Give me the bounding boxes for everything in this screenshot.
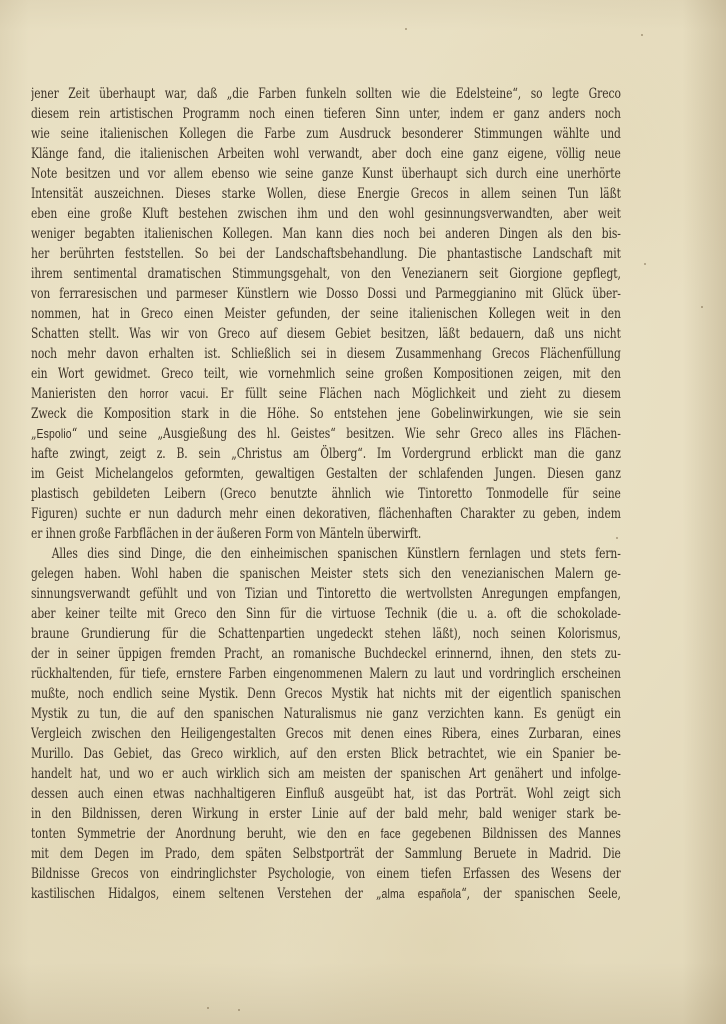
text-line: mit dem Degen im Prado, dem späten Selbs… [31,844,621,864]
paper-speck [238,1009,240,1011]
paper-speck [641,34,643,36]
text-line: her berührten feststellen. So bei der La… [31,244,621,264]
text-line: gelegen haben. Wohl haben die spanischen… [31,564,621,584]
text-line: „Espolio“ und seine „Ausgießung des hl. … [31,424,621,444]
antiqua-phrase: Espolio [36,426,71,441]
text-line: ein Wort gewidmet. Greco teilt, wie vorn… [31,364,621,384]
antiqua-phrase: alma española [382,886,462,901]
text-line: eben eine große Kluft bestehen zwischen … [31,204,621,224]
text-line: jener Zeit überhaupt war, daß „die Farbe… [31,84,621,104]
text-line: Klänge fand, die italienischen Arbeiten … [31,144,621,164]
text-line: Mystik zu tun, die auf den spanischen Na… [31,704,621,724]
text-line: kastilischen Hidalgos, einem seltenen Ve… [31,884,621,904]
text-line: Zweck die Komposition stark in die Höhe.… [31,404,621,424]
text-line: diesem rein artistischen Programm noch e… [31,104,621,124]
text-line: Manieristen den horror vacui. Er füllt s… [31,384,621,404]
scanned-book-page: jener Zeit überhaupt war, daß „die Farbe… [0,0,726,1024]
text-line: Note besitzen und vor allem ebenso wie s… [31,164,621,184]
text-line: noch mehr davon erhalten ist. Schließlic… [31,344,621,364]
text-line: plastisch gebildeten Leibern (Greco benu… [31,484,621,504]
paper-speck [701,306,703,308]
text-line: der in seiner üppigen fremden Pracht, an… [31,644,621,664]
text-line: mußte, noch endlich seine Mystik. Denn G… [31,684,621,704]
paragraph: jener Zeit überhaupt war, daß „die Farbe… [31,84,621,544]
text-line: braune Grundierung für die Schattenparti… [31,624,621,644]
text-line: Bildnisse Grecos von eindringlichster Ps… [31,864,621,884]
page-text-block: jener Zeit überhaupt war, daß „die Farbe… [31,84,621,904]
text-line: sinnungsverwandt gefühlt und von Tizian … [31,584,621,604]
text-line: dessen auch einen etwas nachhaltigeren E… [31,784,621,804]
text-line: ihrem sentimental dramatischen Stimmungs… [31,264,621,284]
text-line: Murillo. Das Gebiet, das Greco wirklich,… [31,744,621,764]
paper-speck [207,1007,209,1009]
paper-speck [405,28,407,30]
text-line: Figuren) suchte er nun dadurch mehr eine… [31,504,621,524]
text-line: Vergleich zwischen den Heiligengestalten… [31,724,621,744]
text-line: nommen, hat in Greco einen Meister gefun… [31,304,621,324]
text-line: Alles dies sind Dinge, die den einheimis… [31,544,621,564]
text-line: weniger begabten italienischen Kollegen.… [31,224,621,244]
paragraph: Alles dies sind Dinge, die den einheimis… [31,544,621,904]
text-line: in den Bildnissen, deren Wirkung in erst… [31,804,621,824]
text-line: hafte zwingt, zeigt z. B. sein „Christus… [31,444,621,464]
text-line: wie seine italienischen Kollegen die Far… [31,124,621,144]
text-line: im Geist Michelangelos geformten, gewalt… [31,464,621,484]
paper-speck [616,537,618,539]
text-line: tonten Symmetrie der Anordnung beruht, w… [31,824,621,844]
paper-speck [644,263,646,265]
text-line: er ihnen große Farbflächen in der äußere… [31,524,621,544]
text-line: Schatten stellt. Was wir von Greco auf d… [31,324,621,344]
text-line: rückhaltenden, für tiefe, ernstere Farbe… [31,664,621,684]
antiqua-phrase: horror vacui [140,386,205,401]
antiqua-phrase: en face [358,826,401,841]
text-line: aber keiner teilte mit Greco den Sinn fü… [31,604,621,624]
text-line: Intensität auszeichnen. Dieses starke Wo… [31,184,621,204]
text-line: von ferraresischen und parmeser Künstler… [31,284,621,304]
text-line: handelt hat, und wo er auch wirklich sic… [31,764,621,784]
